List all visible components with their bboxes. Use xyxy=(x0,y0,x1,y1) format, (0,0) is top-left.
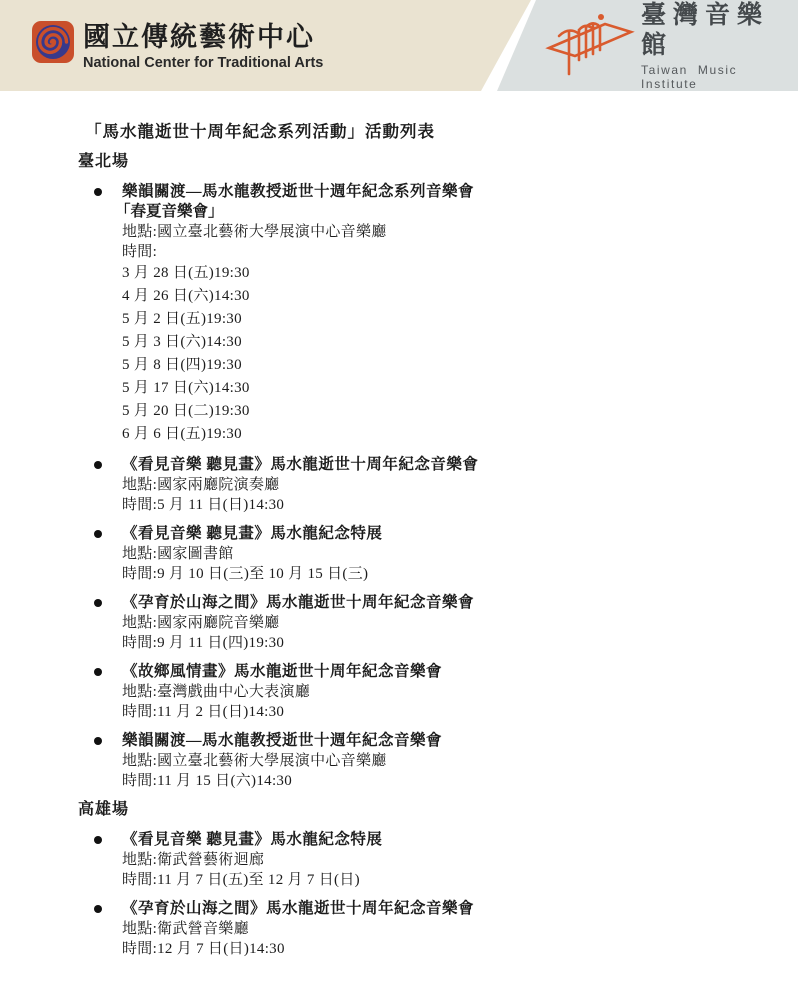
tmi-name-zh: 臺灣音樂館 xyxy=(641,0,798,60)
event-location: 地點:衛武營音樂廳 xyxy=(122,919,758,939)
event-date: 5 月 17 日(六)14:30 xyxy=(122,377,758,400)
section-title-taipei: 臺北場 xyxy=(78,151,758,173)
event-date-list: 3 月 28 日(五)19:30 4 月 26 日(六)14:30 5 月 2 … xyxy=(122,262,758,446)
event-location: 地點:國立臺北藝術大學展演中心音樂廳 xyxy=(122,751,758,771)
event-location: 地點:國家兩廳院音樂廳 xyxy=(122,613,758,633)
event-item: 樂韻關渡—馬水龍教授逝世十週年紀念系列音樂會 「春夏音樂會」 地點:國立臺北藝術… xyxy=(78,181,758,446)
event-time: 時間:11 月 15 日(六)14:30 xyxy=(122,771,758,791)
ncta-name-en: National Center for Traditional Arts xyxy=(83,55,323,72)
tmi-logo-group: 臺灣音樂館 Taiwan Music Institute xyxy=(497,0,798,91)
event-item: 樂韻關渡—馬水龍教授逝世十週年紀念音樂會 地點:國立臺北藝術大學展演中心音樂廳 … xyxy=(78,730,758,791)
event-date: 3 月 28 日(五)19:30 xyxy=(122,262,758,285)
bullet-icon xyxy=(94,461,102,469)
event-item: 《看見音樂 聽見畫》馬水龍紀念特展 地點:國家圖書館 時間:9 月 10 日(三… xyxy=(78,523,758,584)
bullet-icon xyxy=(94,599,102,607)
event-location: 地點:國家兩廳院演奏廳 xyxy=(122,475,758,495)
event-location: 地點:國家圖書館 xyxy=(122,544,758,564)
ncta-logo-group: 國立傳統藝術中心 National Center for Traditional… xyxy=(0,20,323,72)
tmi-logo-icon xyxy=(545,8,635,83)
ncta-name-zh: 國立傳統藝術中心 xyxy=(83,20,323,54)
event-item: 《看見音樂 聽見畫》馬水龍紀念特展 地點:衛武營藝術迴廊 時間:11 月 7 日… xyxy=(78,829,758,890)
event-time: 時間:12 月 7 日(日)14:30 xyxy=(122,939,758,959)
event-title: 《看見音樂 聽見畫》馬水龍紀念特展 xyxy=(122,829,758,850)
event-item: 《故鄉風情畫》馬水龍逝世十周年紀念音樂會 地點:臺灣戲曲中心大表演廳 時間:11… xyxy=(78,661,758,722)
page-title: 「馬水龍逝世十周年紀念系列活動」活動列表 xyxy=(85,121,758,143)
event-title: 樂韻關渡—馬水龍教授逝世十週年紀念系列音樂會 xyxy=(122,181,758,202)
event-date: 5 月 8 日(四)19:30 xyxy=(122,354,758,377)
event-location: 地點:國立臺北藝術大學展演中心音樂廳 xyxy=(122,222,758,242)
event-title: 《看見音樂 聽見畫》馬水龍紀念特展 xyxy=(122,523,758,544)
ncta-wordmark: 國立傳統藝術中心 National Center for Traditional… xyxy=(83,20,323,72)
event-title: 樂韻關渡—馬水龍教授逝世十週年紀念音樂會 xyxy=(122,730,758,751)
bullet-icon xyxy=(94,530,102,538)
ncta-spiral-logo-icon xyxy=(31,20,75,69)
tmi-banner-block: 臺灣音樂館 Taiwan Music Institute xyxy=(497,0,798,91)
bullet-icon xyxy=(94,668,102,676)
letterhead-banner: 國立傳統藝術中心 National Center for Traditional… xyxy=(0,0,798,91)
event-time-label: 時間: xyxy=(122,242,758,262)
event-title: 《故鄉風情畫》馬水龍逝世十周年紀念音樂會 xyxy=(122,661,758,682)
event-date: 4 月 26 日(六)14:30 xyxy=(122,285,758,308)
event-date: 5 月 2 日(五)19:30 xyxy=(122,308,758,331)
event-title: 《孕育於山海之間》馬水龍逝世十周年紀念音樂會 xyxy=(122,592,758,613)
event-date: 5 月 3 日(六)14:30 xyxy=(122,331,758,354)
event-time: 時間:11 月 2 日(日)14:30 xyxy=(122,702,758,722)
event-item: 《孕育於山海之間》馬水龍逝世十周年紀念音樂會 地點:國家兩廳院音樂廳 時間:9 … xyxy=(78,592,758,653)
bullet-icon xyxy=(94,188,102,196)
tmi-wordmark: 臺灣音樂館 Taiwan Music Institute xyxy=(641,0,798,91)
tmi-name-en: Taiwan Music Institute xyxy=(641,63,798,91)
event-time: 時間:5 月 11 日(日)14:30 xyxy=(122,495,758,515)
event-location: 地點:臺灣戲曲中心大表演廳 xyxy=(122,682,758,702)
document-page: 國立傳統藝術中心 National Center for Traditional… xyxy=(0,0,798,1000)
event-date: 5 月 20 日(二)19:30 xyxy=(122,400,758,423)
event-item: 《看見音樂 聽見畫》馬水龍逝世十周年紀念音樂會 地點:國家兩廳院演奏廳 時間:5… xyxy=(78,454,758,515)
event-time: 時間:11 月 7 日(五)至 12 月 7 日(日) xyxy=(122,870,758,890)
bullet-icon xyxy=(94,836,102,844)
event-time: 時間:9 月 10 日(三)至 10 月 15 日(三) xyxy=(122,564,758,584)
event-item: 《孕育於山海之間》馬水龍逝世十周年紀念音樂會 地點:衛武營音樂廳 時間:12 月… xyxy=(78,898,758,959)
event-time: 時間:9 月 11 日(四)19:30 xyxy=(122,633,758,653)
event-title: 《看見音樂 聽見畫》馬水龍逝世十周年紀念音樂會 xyxy=(122,454,758,475)
ncta-banner-block: 國立傳統藝術中心 National Center for Traditional… xyxy=(0,0,531,91)
event-subtitle: 「春夏音樂會」 xyxy=(115,202,758,222)
event-location: 地點:衛武營藝術迴廊 xyxy=(122,850,758,870)
section-title-kaohsiung: 高雄場 xyxy=(78,799,758,821)
event-date: 6 月 6 日(五)19:30 xyxy=(122,423,758,446)
event-title: 《孕育於山海之間》馬水龍逝世十周年紀念音樂會 xyxy=(122,898,758,919)
bullet-icon xyxy=(94,737,102,745)
bullet-icon xyxy=(94,905,102,913)
event-list: 「馬水龍逝世十周年紀念系列活動」活動列表 臺北場 樂韻關渡—馬水龍教授逝世十週年… xyxy=(0,91,798,959)
